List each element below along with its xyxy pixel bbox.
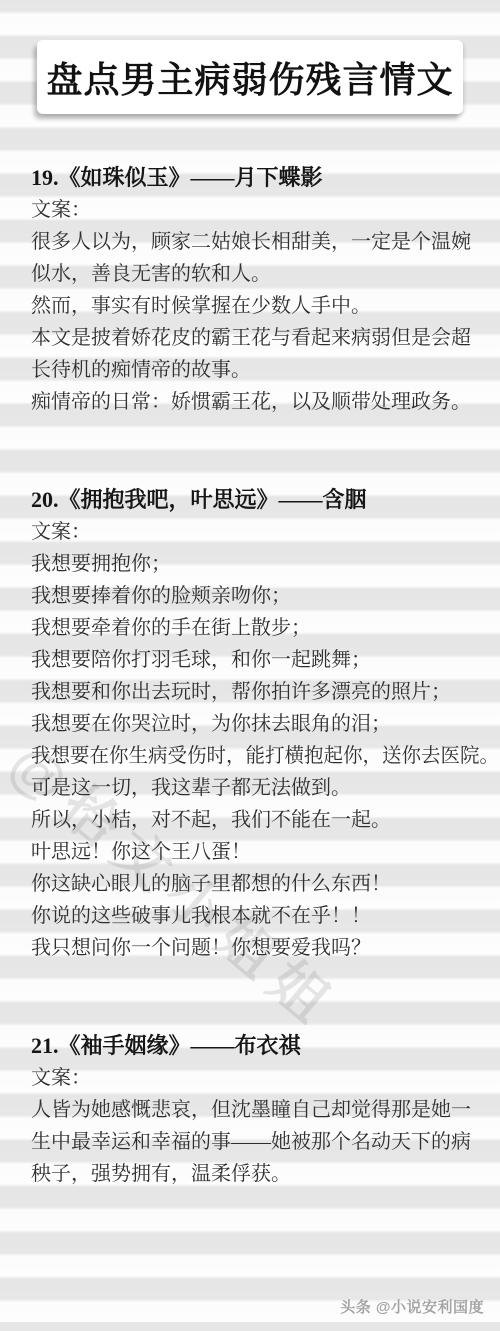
title-card: 盘点男主病弱伤残言情文 <box>37 40 463 114</box>
synopsis-line: 生中最幸运和幸福的事——她被那个名动天下的病 <box>31 1126 477 1158</box>
page-title: 盘点男主病弱伤残言情文 <box>46 52 453 103</box>
synopsis-line: 我想要牵着你的手在街上散步； <box>31 612 477 644</box>
synopsis-label: 文案： <box>31 1062 477 1094</box>
book-section: 21.《袖手姻缘》——布衣祺 文案： 人皆为她感慨悲哀，但沈墨瞳自己却觉得那是她… <box>31 1030 477 1190</box>
synopsis-line: 叶思远！你这个王八蛋！ <box>31 836 477 868</box>
synopsis-line: 长待机的痴情帝的故事。 <box>31 354 477 386</box>
synopsis-line: 然而，事实有时候掌握在少数人手中。 <box>31 290 477 322</box>
book-section: 20.《拥抱我吧，叶思远》——含胭 文案： 我想要拥抱你；我想要捧着你的脸颊亲吻… <box>31 484 477 964</box>
synopsis-line: 本文是披着娇花皮的霸王花与看起来病弱但是会超 <box>31 322 477 354</box>
synopsis-line: 所以，小桔，对不起，我们不能在一起。 <box>31 804 477 836</box>
synopsis-label: 文案： <box>31 194 477 226</box>
share-card-page: @拾文小姐姐 盘点男主病弱伤残言情文 19.《如珠似玉》——月下蝶影 文案： 很… <box>0 0 500 1331</box>
synopsis-line: 秧子，强势拥有，温柔俘获。 <box>31 1158 477 1190</box>
synopsis-line: 我想要陪你打羽毛球，和你一起跳舞； <box>31 644 477 676</box>
synopsis-line: 似水，善良无害的软和人。 <box>31 258 477 290</box>
synopsis-line: 我想要在你生病受伤时，能打横抱起你，送你去医院。 <box>31 740 466 772</box>
footer-credit: 头条 @小说安利国度 <box>340 1296 484 1317</box>
synopsis-line: 我想要捧着你的脸颊亲吻你； <box>31 580 477 612</box>
synopsis-line: 我想要拥抱你； <box>31 548 477 580</box>
book-heading: 19.《如珠似玉》——月下蝶影 <box>31 162 477 194</box>
book-list-content: 19.《如珠似玉》——月下蝶影 文案： 很多人以为，顾家二姑娘长相甜美，一定是个… <box>31 162 477 1190</box>
synopsis-line: 可是这一切，我这辈子都无法做到。 <box>31 772 477 804</box>
synopsis-line: 我想要在你哭泣时，为你抹去眼角的泪； <box>31 708 477 740</box>
synopsis-line: 你这缺心眼儿的脑子里都想的什么东西！ <box>31 868 477 900</box>
synopsis-line: 我想要和你出去玩时，帮你拍许多漂亮的照片； <box>31 676 477 708</box>
synopsis-line: 很多人以为，顾家二姑娘长相甜美，一定是个温婉 <box>31 226 477 258</box>
book-heading: 21.《袖手姻缘》——布衣祺 <box>31 1030 477 1062</box>
synopsis-label: 文案： <box>31 516 477 548</box>
synopsis-line: 我只想问你一个问题！你想要爱我吗？ <box>31 932 477 964</box>
synopsis-line: 痴情帝的日常：娇惯霸王花，以及顺带处理政务。 <box>31 386 477 418</box>
book-section: 19.《如珠似玉》——月下蝶影 文案： 很多人以为，顾家二姑娘长相甜美，一定是个… <box>31 162 477 418</box>
book-heading: 20.《拥抱我吧，叶思远》——含胭 <box>31 484 477 516</box>
synopsis-line: 人皆为她感慨悲哀，但沈墨瞳自己却觉得那是她一 <box>31 1094 477 1126</box>
synopsis-line: 你说的这些破事儿我根本就不在乎！！ <box>31 900 477 932</box>
